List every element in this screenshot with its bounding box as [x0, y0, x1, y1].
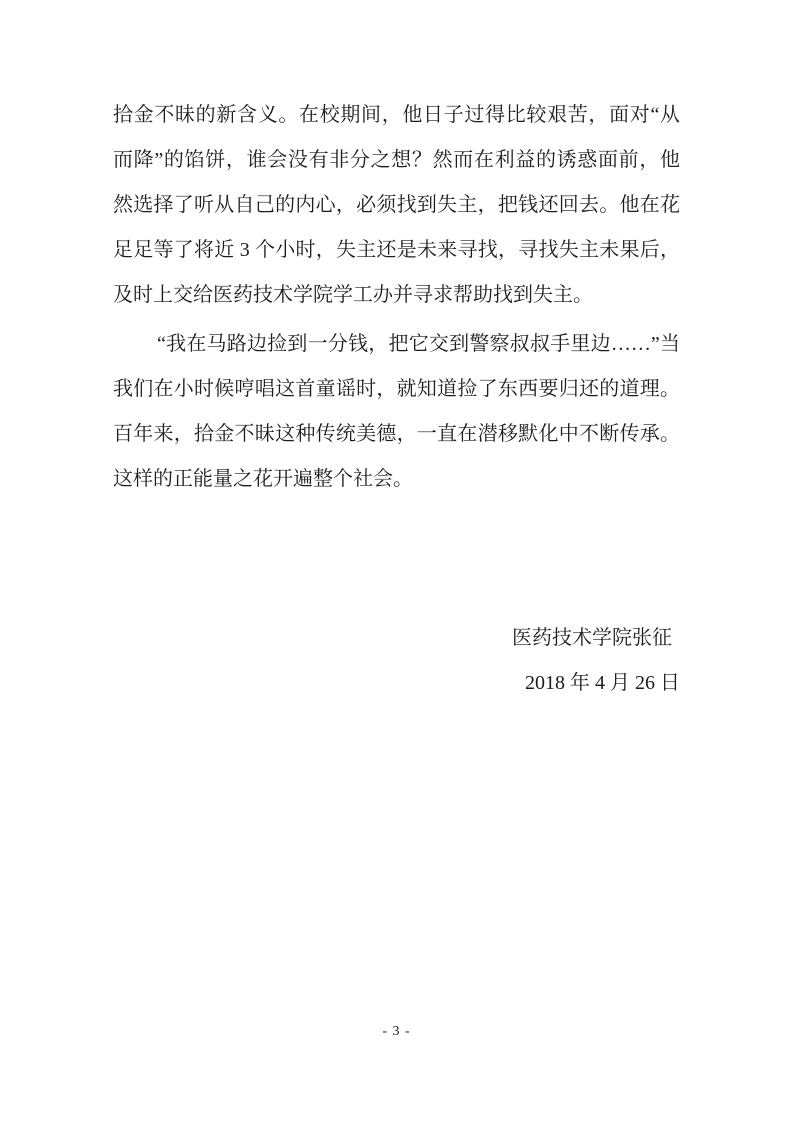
date-line: 2018 年 4 月 26 日: [113, 661, 680, 706]
text-line: 百年来，拾金不昧这种传统美德，一直在潜移默化中不断传承。愿: [113, 412, 680, 457]
document-body: 拾金不昧的新含义。在校期间，他日子过得比较艰苦，面对“从天 而降”的馅饼，谁会没…: [113, 0, 680, 706]
page-number: - 3 -: [0, 1022, 793, 1042]
text-line: 我们在小时候哼唱这首童谣时，就知道捡了东西要归还的道理。千: [113, 367, 680, 412]
text-line: 及时上交给医药技术学院学工办并寻求帮助找到失主。: [113, 273, 680, 318]
paragraph-1: 拾金不昧的新含义。在校期间，他日子过得比较艰苦，面对“从天 而降”的馅饼，谁会没…: [113, 93, 680, 318]
text-line: 这样的正能量之花开遍整个社会。: [113, 457, 680, 502]
text-line: 然选择了听从自己的内心，必须找到失主，把钱还回去。他在花园里: [113, 183, 680, 228]
text-line: 拾金不昧的新含义。在校期间，他日子过得比较艰苦，面对“从天: [113, 93, 680, 138]
text-line: 足足等了将近 3 个小时，失主还是未来寻找，寻找失主未果后，他: [113, 228, 680, 273]
document-page: 拾金不昧的新含义。在校期间，他日子过得比较艰苦，面对“从天 而降”的馅饼，谁会没…: [0, 0, 793, 1122]
signature-block: 医药技术学院张征 2018 年 4 月 26 日: [113, 616, 680, 706]
paragraph-2: “我在马路边捡到一分钱，把它交到警察叔叔手里边……”当 我们在小时候哼唱这首童谣…: [113, 322, 680, 502]
text-line: “我在马路边捡到一分钱，把它交到警察叔叔手里边……”当: [113, 322, 680, 367]
text-line: 而降”的馅饼，谁会没有非分之想？然而在利益的诱惑面前，他依: [113, 138, 680, 183]
signature-line: 医药技术学院张征: [113, 616, 680, 661]
